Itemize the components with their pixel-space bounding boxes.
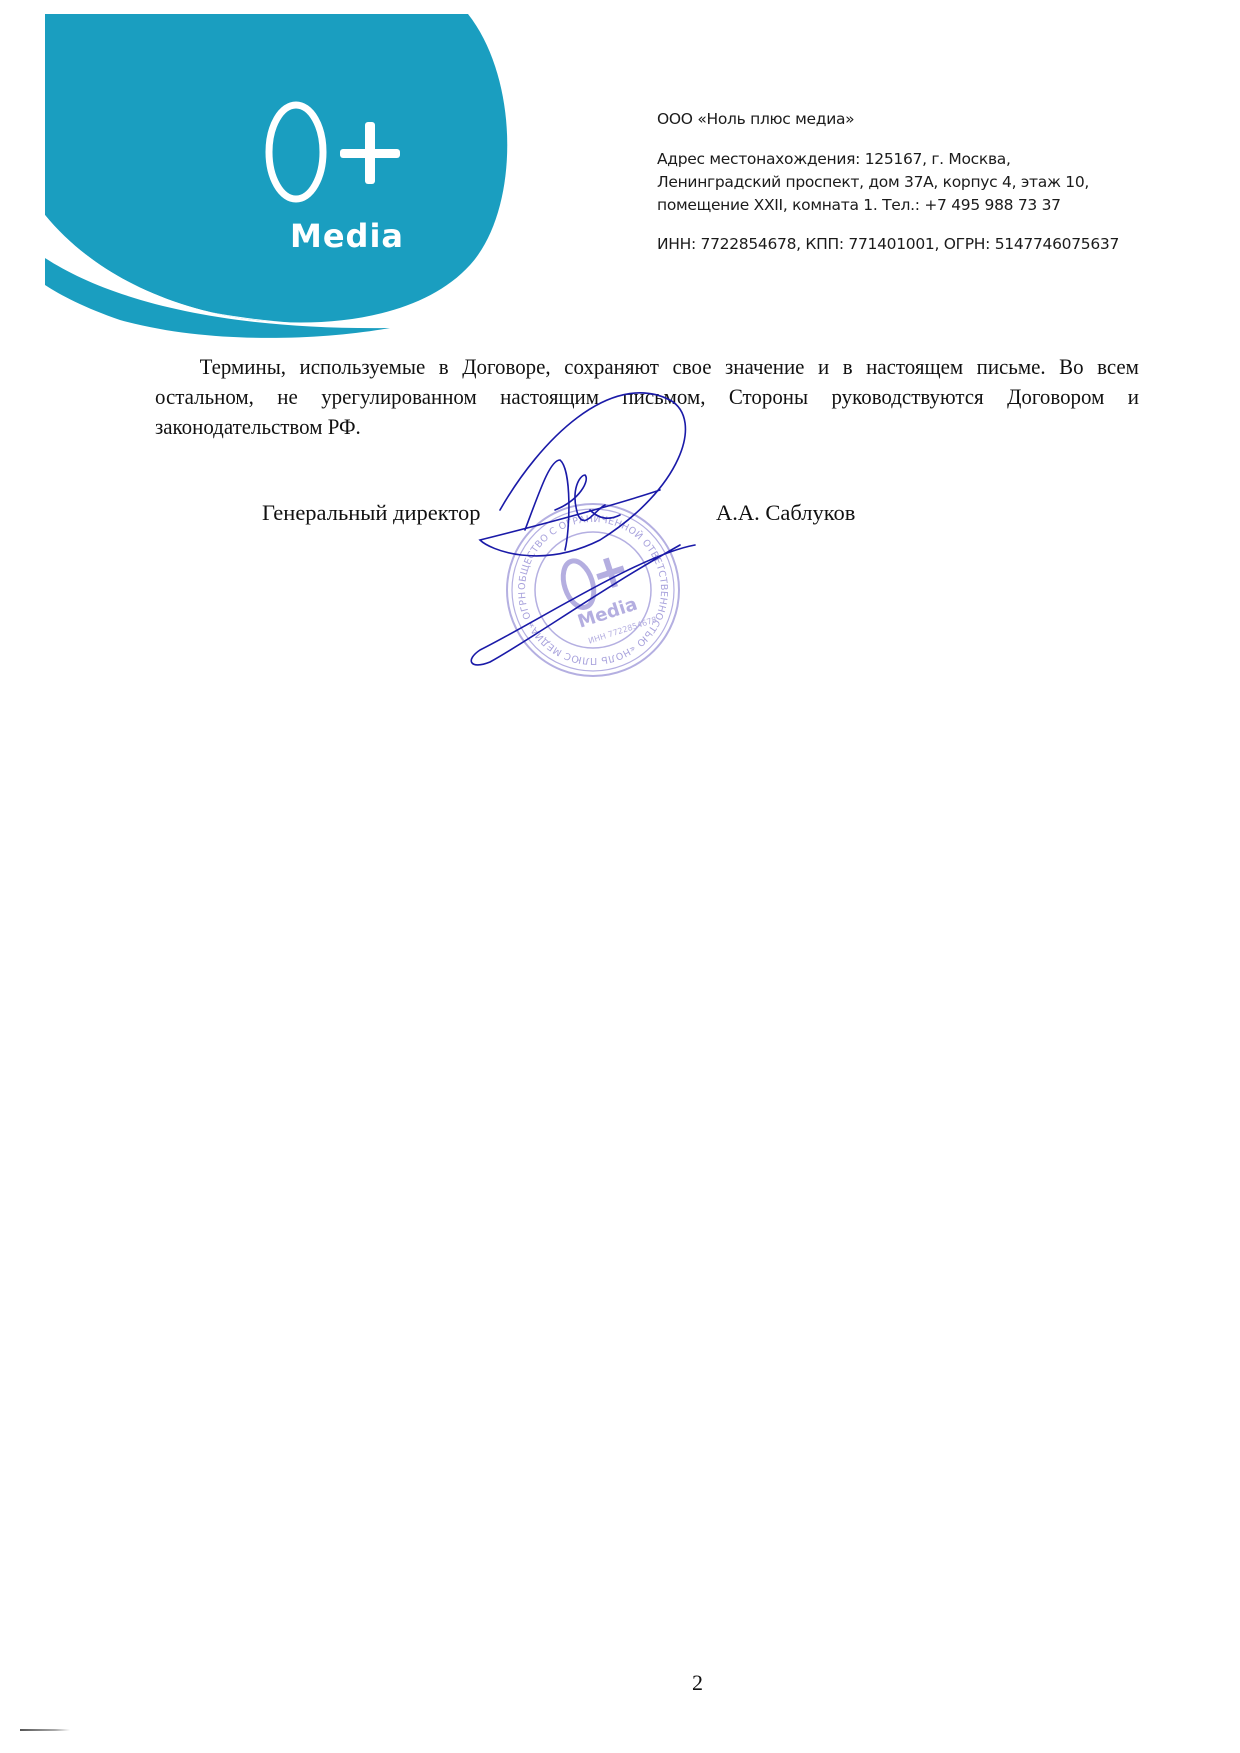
company-ids: ИНН: 7722854678, КПП: 771401001, ОГРН: 5…	[657, 235, 1119, 253]
page-number: 2	[692, 1670, 703, 1696]
address-line: Адрес местонахождения: 125167, г. Москва…	[657, 148, 1119, 171]
signatory-title: Генеральный директор	[262, 500, 480, 526]
address-line: Ленинградский проспект, дом 37А, корпус …	[657, 171, 1119, 194]
address-line: помещение XXII, комната 1. Тел.: +7 495 …	[657, 194, 1119, 217]
company-name: ООО «Ноль плюс медиа»	[657, 110, 1119, 128]
scan-mark	[20, 1729, 70, 1731]
handwritten-signature	[460, 380, 760, 680]
letterhead: ООО «Ноль плюс медиа» Адрес местонахожде…	[657, 110, 1119, 253]
company-logo: Media	[0, 0, 560, 345]
svg-text:Media: Media	[290, 217, 404, 255]
